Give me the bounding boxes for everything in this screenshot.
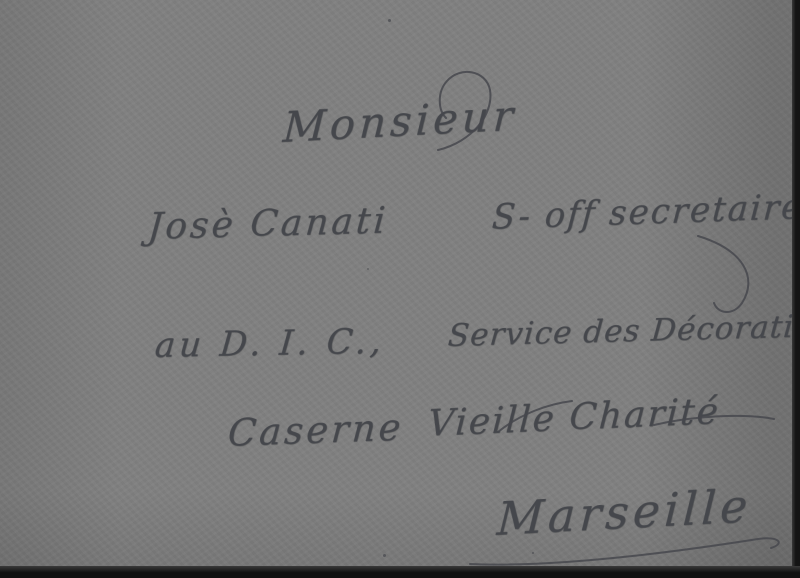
scan-edge-bottom bbox=[0, 566, 800, 578]
address-recipient-name: Josè Canati bbox=[146, 201, 389, 248]
paper-speck bbox=[383, 554, 386, 557]
envelope-scan: Monsieur Josè Canati S- off secretaire a… bbox=[0, 0, 800, 578]
address-unit: au D. I. C., bbox=[153, 322, 387, 366]
address-caserne: Caserne bbox=[226, 406, 405, 455]
scan-edge-right bbox=[792, 0, 800, 578]
paper-speck bbox=[367, 268, 369, 270]
paper-speck bbox=[532, 552, 534, 554]
paper-speck bbox=[388, 19, 391, 22]
